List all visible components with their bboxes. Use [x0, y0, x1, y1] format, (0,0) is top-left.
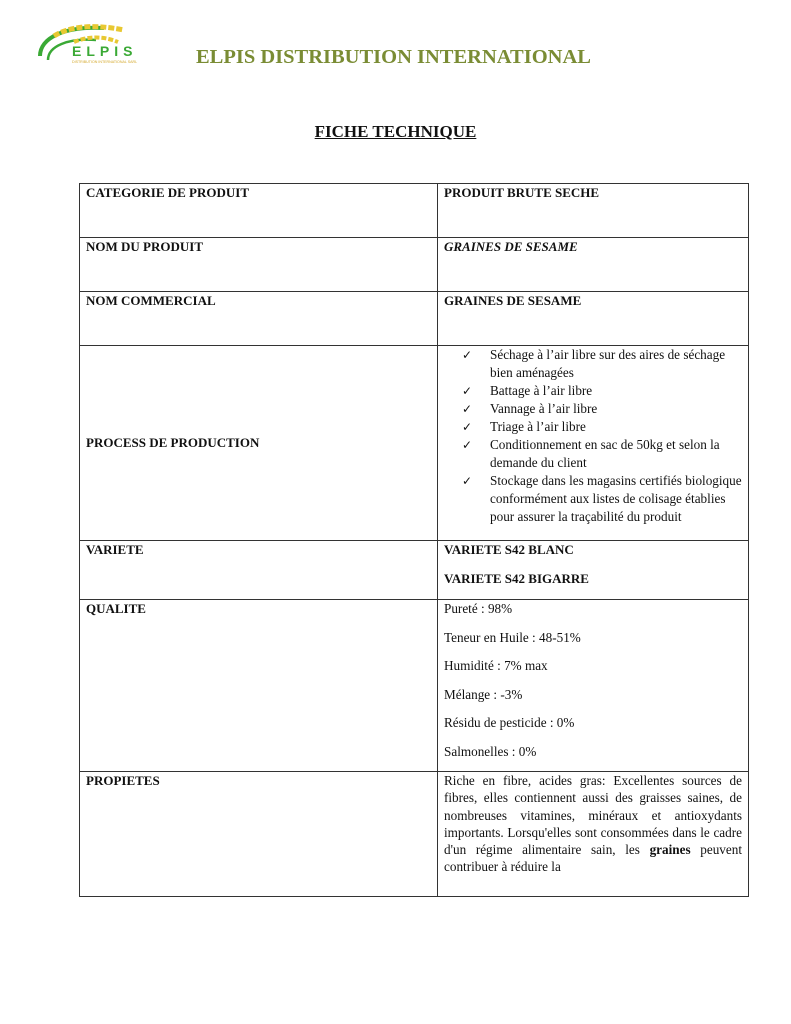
list-item: ✓Battage à l’air libre: [462, 382, 742, 400]
table-row-qualite: QUALITE Pureté : 98% Teneur en Huile : 4…: [80, 600, 749, 772]
row-label: PROPIETES: [80, 772, 438, 897]
checkmark-icon: ✓: [462, 400, 472, 418]
svg-text:ELPIS: ELPIS: [72, 43, 137, 59]
row-label: NOM COMMERCIAL: [80, 292, 438, 346]
company-name: ELPIS DISTRIBUTION INTERNATIONAL: [196, 46, 591, 69]
table-row-nom-produit: NOM DU PRODUIT GRAINES DE SESAME: [80, 238, 749, 292]
checkmark-icon: ✓: [462, 472, 472, 490]
quality-item: Humidité : 7% max: [444, 657, 742, 675]
list-item: ✓Triage à l’air libre: [462, 418, 742, 436]
row-value: Pureté : 98% Teneur en Huile : 48-51% Hu…: [438, 600, 749, 772]
row-value: ✓Séchage à l’air libre sur des aires de …: [438, 346, 749, 541]
row-value: VARIETE S42 BLANC VARIETE S42 BIGARRE: [438, 541, 749, 600]
list-item: ✓Stockage dans les magasins certifiés bi…: [462, 472, 742, 526]
list-item: ✓Conditionnement en sac de 50kg et selon…: [462, 436, 742, 472]
variety-item: VARIETE S42 BLANC: [444, 541, 742, 559]
checkmark-icon: ✓: [462, 436, 472, 454]
row-value: Riche en fibre, acides gras: Excellentes…: [438, 772, 749, 897]
elpis-logo: ELPIS DISTRIBUTION INTERNATIONAL SARL: [34, 20, 169, 70]
svg-text:DISTRIBUTION INTERNATIONAL SAR: DISTRIBUTION INTERNATIONAL SARL: [72, 60, 137, 64]
row-label: CATEGORIE DE PRODUIT: [80, 184, 438, 238]
row-label: QUALITE: [80, 600, 438, 772]
wheat-swoosh-icon: ELPIS DISTRIBUTION INTERNATIONAL SARL: [34, 20, 169, 70]
row-label: PROCESS DE PRODUCTION: [80, 346, 438, 541]
properties-text: Riche en fibre, acides gras: Excellentes…: [444, 772, 742, 876]
checkmark-icon: ✓: [462, 346, 472, 364]
table-row-nom-commercial: NOM COMMERCIAL GRAINES DE SESAME: [80, 292, 749, 346]
list-item: ✓Vannage à l’air libre: [462, 400, 742, 418]
quality-item: Mélange : -3%: [444, 686, 742, 704]
quality-item: Salmonelles : 0%: [444, 743, 742, 761]
table-row-proprietes: PROPIETES Riche en fibre, acides gras: E…: [80, 772, 749, 897]
document-title: FICHE TECHNIQUE: [0, 122, 791, 142]
quality-item: Résidu de pesticide : 0%: [444, 714, 742, 732]
row-label: NOM DU PRODUIT: [80, 238, 438, 292]
technical-sheet-table: CATEGORIE DE PRODUIT PRODUIT BRUTE SECHE…: [79, 183, 749, 897]
table-row-categorie: CATEGORIE DE PRODUIT PRODUIT BRUTE SECHE: [80, 184, 749, 238]
table-row-process: PROCESS DE PRODUCTION ✓Séchage à l’air l…: [80, 346, 749, 541]
process-steps-list: ✓Séchage à l’air libre sur des aires de …: [444, 346, 742, 526]
row-value: GRAINES DE SESAME: [438, 292, 749, 346]
row-label: VARIETE: [80, 541, 438, 600]
quality-item: Pureté : 98%: [444, 600, 742, 618]
table-row-variete: VARIETE VARIETE S42 BLANC VARIETE S42 BI…: [80, 541, 749, 600]
row-value: GRAINES DE SESAME: [438, 238, 749, 292]
variety-item: VARIETE S42 BIGARRE: [444, 570, 742, 588]
checkmark-icon: ✓: [462, 418, 472, 436]
row-value: PRODUIT BRUTE SECHE: [438, 184, 749, 238]
list-item: ✓Séchage à l’air libre sur des aires de …: [462, 346, 742, 382]
checkmark-icon: ✓: [462, 382, 472, 400]
quality-item: Teneur en Huile : 48-51%: [444, 629, 742, 647]
